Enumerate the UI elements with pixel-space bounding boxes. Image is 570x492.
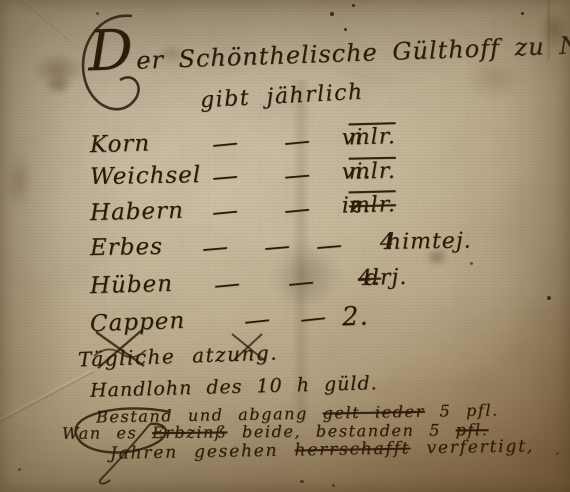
note-segment-struck: gelt ieder — [322, 402, 425, 423]
dash-mark: — — [283, 159, 312, 191]
dash-mark: — — [283, 126, 312, 158]
entry-name: Hüben — [90, 271, 174, 299]
stain-blob — [38, 70, 78, 100]
ink-speck — [330, 12, 334, 16]
amount-number: 4. — [358, 266, 382, 292]
ink-speck — [18, 468, 21, 471]
dash-mark: — — [298, 302, 327, 335]
ink-speck — [352, 4, 355, 7]
note-segment-struck: Erbzinß — [152, 422, 227, 442]
fold-crease — [0, 369, 94, 423]
entry-amount: vi.mlr. — [342, 159, 396, 185]
amount-unit: himtej. — [387, 228, 472, 254]
dash-mark: — — [201, 232, 230, 264]
entry-name: Korn — [90, 131, 151, 159]
amount-number: vi. — [342, 159, 372, 185]
dash-mark: — — [287, 266, 316, 298]
dash-mark: — — [213, 268, 242, 300]
dash-mark: — — [315, 230, 344, 262]
document-subtitle: gibt jährlich — [199, 80, 364, 114]
note-segment: verfertigt, — [410, 436, 534, 458]
ink-speck — [96, 12, 99, 15]
note-taegliche-atzung: Tägliche atzung. — [78, 341, 279, 372]
stain-blob — [22, 46, 94, 94]
entry-amount: 2. — [341, 302, 349, 332]
note-segment-struck: herrschafft — [294, 438, 410, 460]
entry-amount: 4.drj. — [358, 265, 408, 291]
document-title: Der Schönthelische Gülthoff zu Northeim — [88, 18, 570, 77]
dash-mark: — — [211, 161, 240, 193]
amount-number: iz. — [342, 193, 371, 219]
entry-name: Erbes — [90, 234, 163, 261]
dash-mark: — — [211, 195, 240, 227]
fold-crease — [18, 0, 73, 42]
note-segment: Jahren gesehen — [110, 440, 295, 463]
amount-number: 2. — [341, 301, 369, 332]
entry-amount: iz.mlr. — [342, 192, 397, 218]
ink-speck — [556, 452, 559, 455]
ink-speck — [332, 484, 335, 487]
entry-name: Weichsel — [90, 162, 202, 190]
note-segment: 5 pfl. — [425, 400, 499, 420]
dash-mark: — — [211, 127, 240, 159]
ink-speck — [521, 12, 524, 15]
amount-number: vi — [342, 125, 364, 151]
dash-mark: — — [263, 231, 292, 263]
entry-amount: 4himtej. — [380, 228, 472, 255]
stain-blob — [2, 140, 36, 220]
entry-name: Habern — [90, 198, 185, 226]
entry-amount: vimlr. — [342, 124, 397, 150]
note-segment: Wan es — [62, 423, 152, 443]
amount-number: 4 — [380, 230, 395, 255]
ink-speck — [300, 480, 304, 483]
dash-mark: — — [242, 304, 271, 337]
dash-mark: — — [283, 194, 312, 226]
entry-name: Cappen — [90, 308, 186, 337]
note-handlohn: Handlohn des 10 h güld. — [90, 372, 378, 402]
manuscript-page: Der Schönthelische Gülthoff zu Northeim … — [0, 0, 570, 492]
